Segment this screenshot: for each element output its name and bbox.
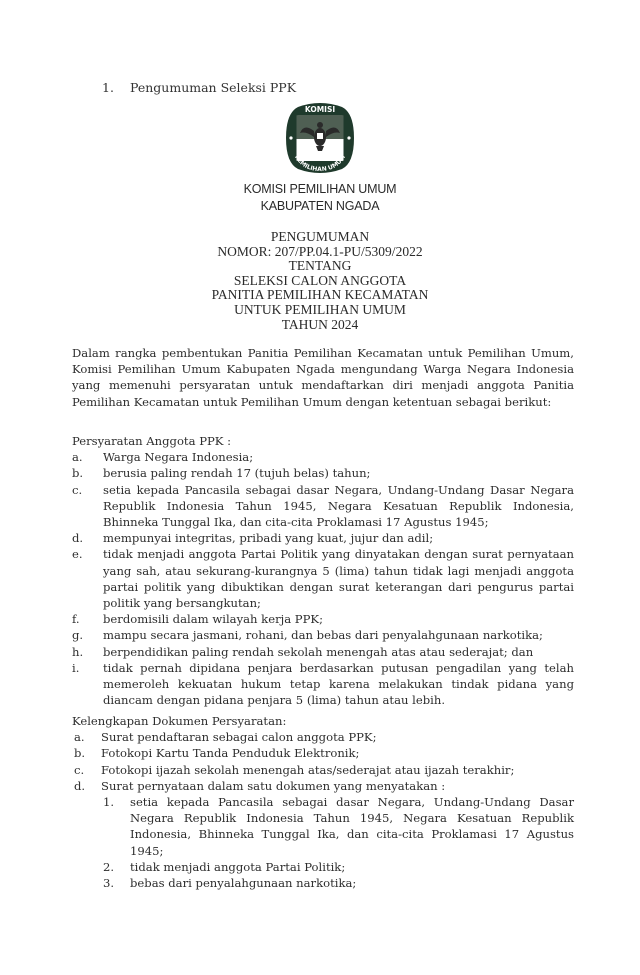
list-item: e.tidak menjadi anggota Partai Politik y… [72,546,574,611]
organization-region: KABUPATEN NGADA [0,199,640,213]
list-item: a.Warga Negara Indonesia; [72,449,574,465]
announcement-subject-line: PANITIA PEMILIHAN KECAMATAN [0,288,640,303]
requirements-section: Persyaratan Anggota PPK : a.Warga Negara… [72,433,574,708]
kpu-logo-icon: KOMISI PEMILIHAN UMUM [284,101,356,175]
logo-top-text: KOMISI [305,105,336,114]
list-item: b.berusia paling rendah 17 (tujuh belas)… [72,465,574,481]
list-item: 2.tidak menjadi anggota Partai Politik; [101,859,574,875]
list-item: d.Surat pernyataan dalam satu dokumen ya… [72,778,574,891]
organization-name: KOMISI PEMILIHAN UMUM [0,182,640,196]
intro-paragraph: Dalam rangka pembentukan Panitia Pemilih… [72,345,574,410]
list-item: 1.setia kepada Pancasila sebagai dasar N… [101,794,574,859]
list-item: a.Surat pendaftaran sebagai calon anggot… [72,729,574,745]
list-item: h.berpendidikan paling rendah sekolah me… [72,644,574,660]
list-item: i.tidak pernah dipidana penjara berdasar… [72,660,574,709]
statement-list: 1.setia kepada Pancasila sebagai dasar N… [101,794,574,891]
section-title: Pengumuman Seleksi PPK [130,80,296,95]
announcement-number: NOMOR: 207/PP.04.1-PU/5309/2022 [0,245,640,260]
documents-title: Kelengkapan Dokumen Persyaratan: [72,713,574,729]
document-page: 1.Pengumuman Seleksi PPK [0,0,640,975]
announcement-header: PENGUMUMAN NOMOR: 207/PP.04.1-PU/5309/20… [0,230,640,332]
announcement-subject-line: SELEKSI CALON ANGGOTA [0,274,640,289]
announcement-title: PENGUMUMAN [0,230,640,245]
section-number: 1. [102,80,130,95]
list-item: d.mempunyai integritas, pribadi yang kua… [72,530,574,546]
section-heading: 1.Pengumuman Seleksi PPK [102,80,296,95]
announcement-subject-line: TAHUN 2024 [0,318,640,333]
list-item: 3.bebas dari penyalahgunaan narkotika; [101,875,574,891]
requirements-title: Persyaratan Anggota PPK : [72,433,574,449]
list-item: b.Fotokopi Kartu Tanda Penduduk Elektron… [72,745,574,761]
list-item: c.setia kepada Pancasila sebagai dasar N… [72,482,574,531]
list-item: c.Fotokopi ijazah sekolah menengah atas/… [72,762,574,778]
documents-section: Kelengkapan Dokumen Persyaratan: a.Surat… [72,713,574,891]
list-item: g.mampu secara jasmani, rohani, dan beba… [72,627,574,643]
list-item: f.berdomisili dalam wilayah kerja PPK; [72,611,574,627]
requirements-list: a.Warga Negara Indonesia; b.berusia pali… [72,449,574,708]
announcement-subject-line: UNTUK PEMILIHAN UMUM [0,303,640,318]
announcement-about: TENTANG [0,259,640,274]
documents-list: a.Surat pendaftaran sebagai calon anggot… [72,729,574,891]
